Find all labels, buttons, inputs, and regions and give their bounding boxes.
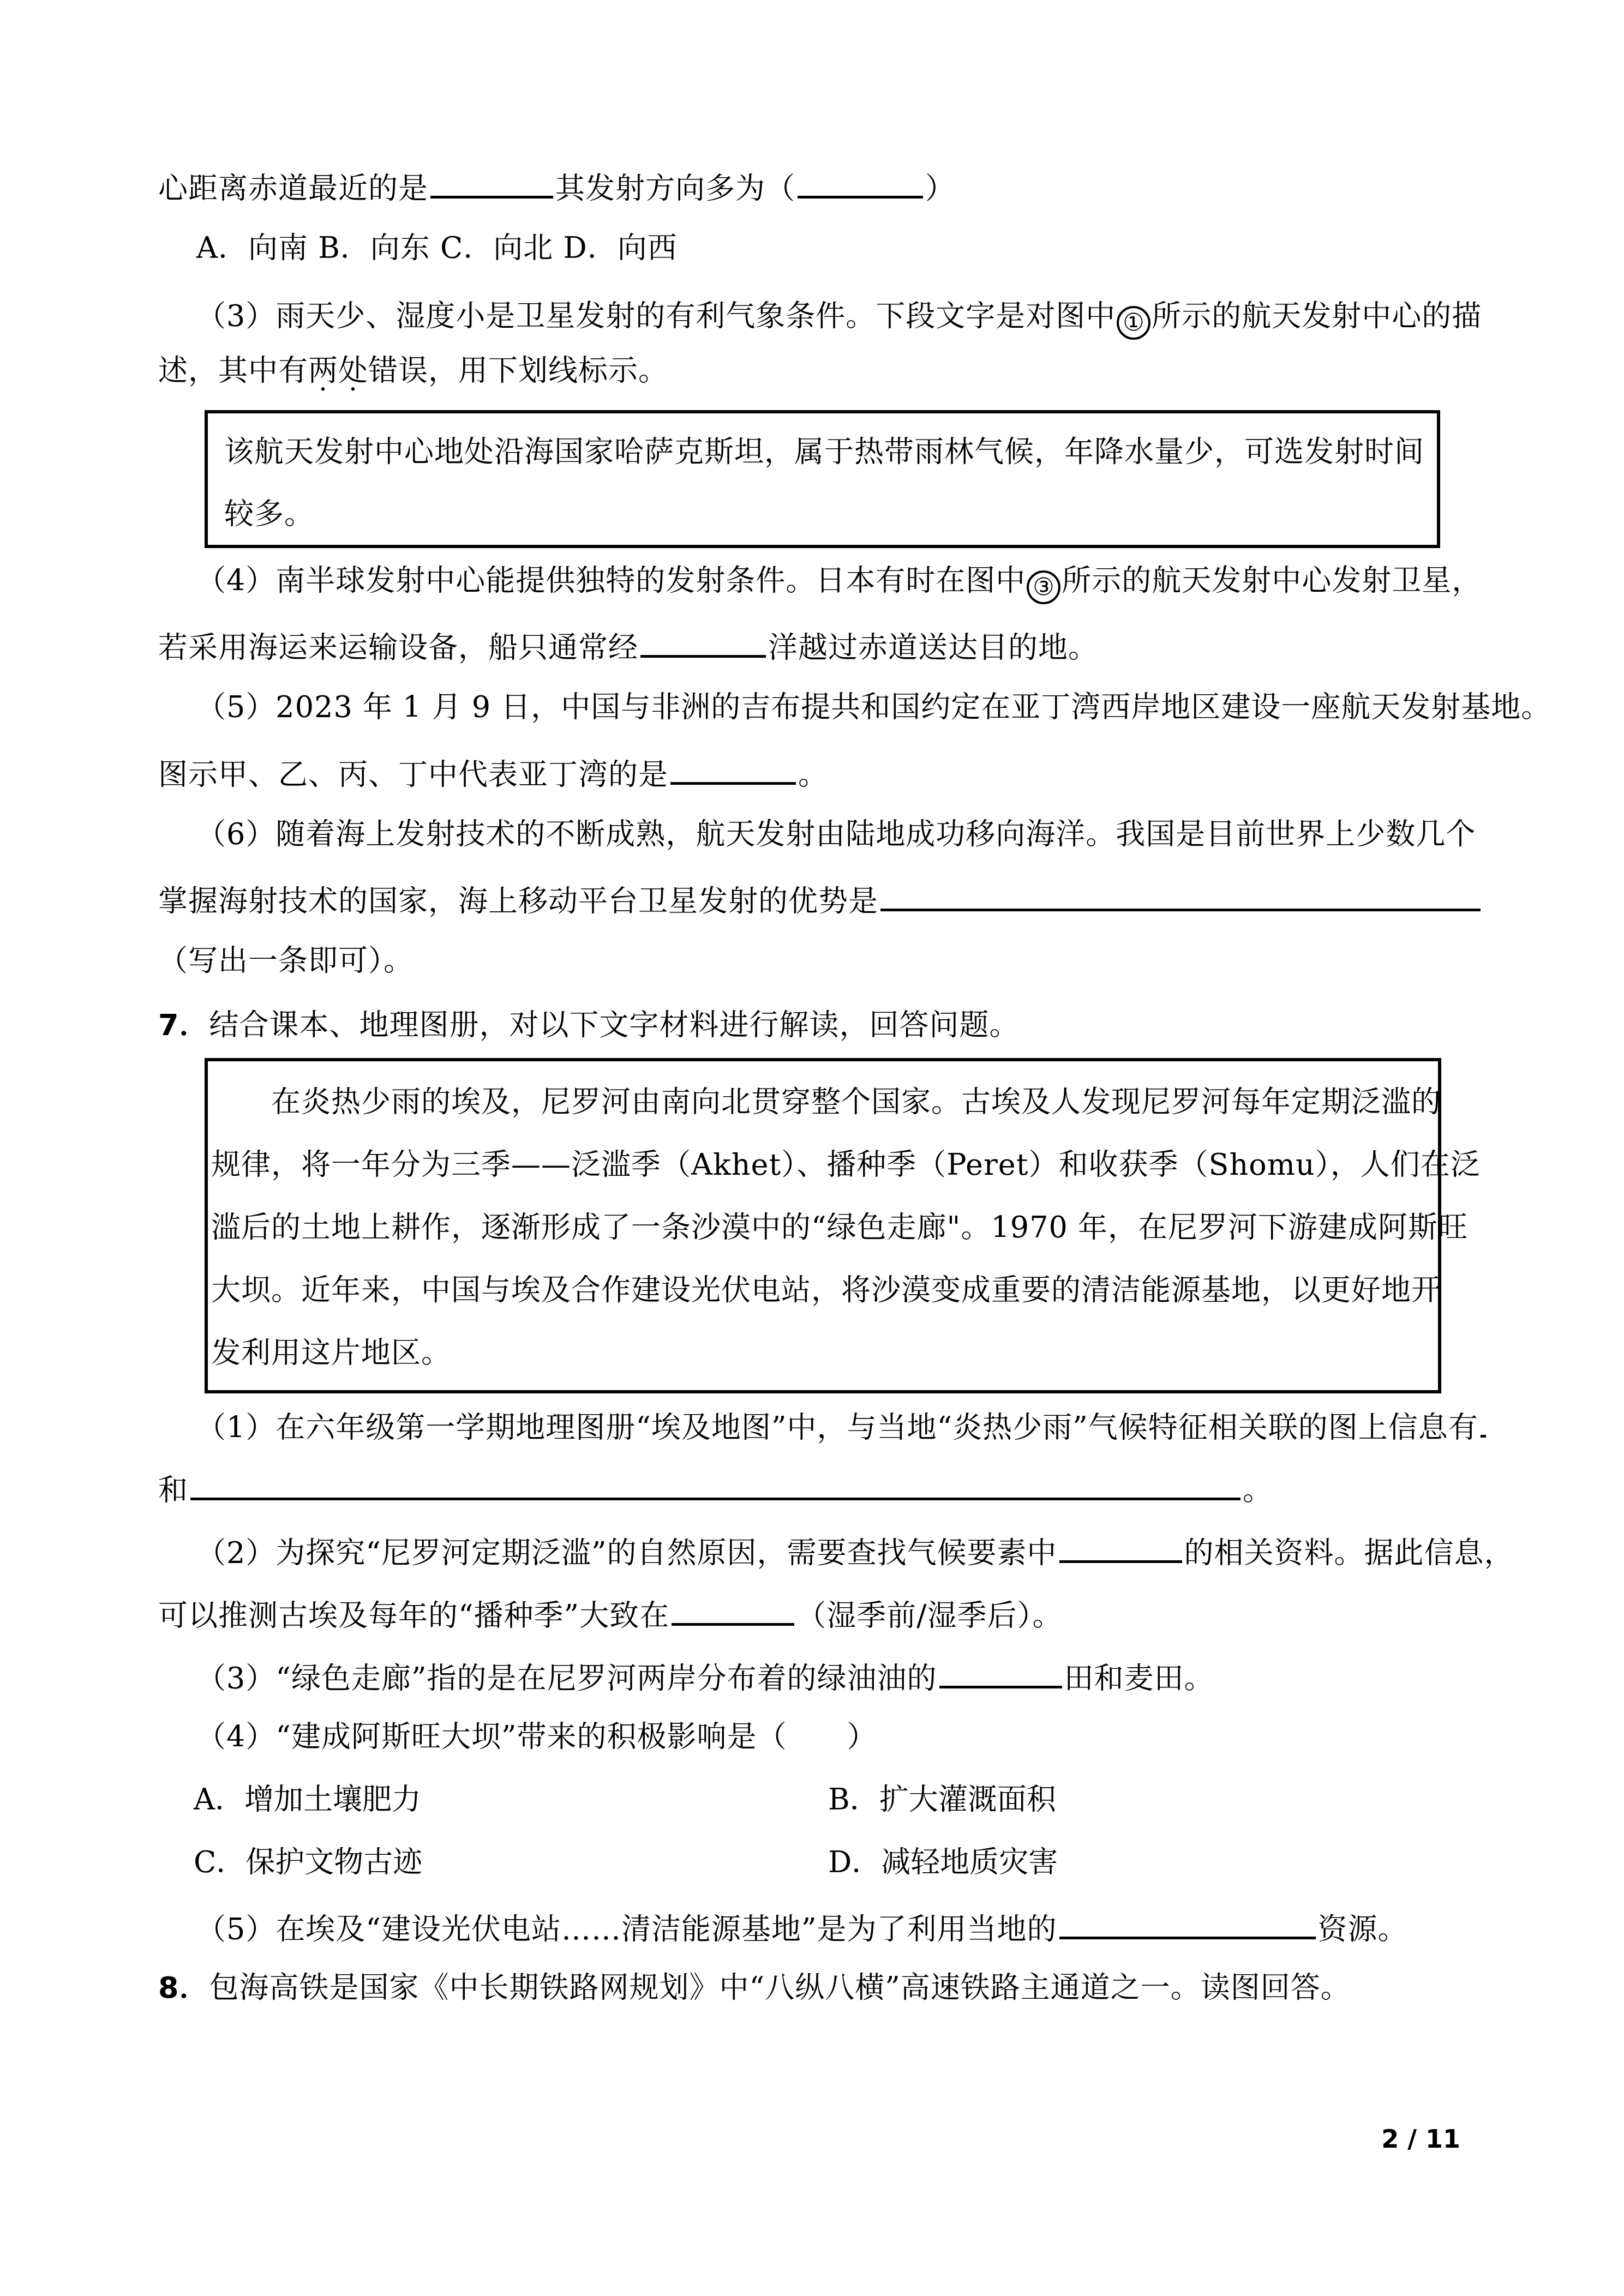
- box-text-line[interactable]: 该航天发射中心地处沿海国家哈萨克斯坦，属于热带雨林气候，年降水量少，可选发射时间: [224, 433, 1424, 471]
- text: 资源。: [1318, 1912, 1408, 1946]
- material-line: 大坝。近年来，中国与埃及合作建设光伏电站，将沙漠变成重要的清洁能源基地，以更好地…: [211, 1271, 1441, 1309]
- material-line: 在炎热少雨的埃及，尼罗河由南向北贯穿整个国家。古埃及人发现尼罗河每年定期泛滥的: [211, 1083, 1441, 1121]
- q7-option-c[interactable]: C．保护文物古迹: [194, 1843, 422, 1882]
- text: 。: [1243, 1473, 1273, 1507]
- answer-blank[interactable]: [1059, 1530, 1182, 1563]
- q6-line-launch-center: 心距离赤道最近的是其发射方向多为（）: [158, 165, 955, 208]
- q7-part3: （3）“绿色走廊”指的是在尼罗河两岸分布着的绿油油的田和麦田。: [196, 1655, 1214, 1698]
- text: 和: [158, 1473, 188, 1507]
- text: 洋越过赤道送达目的地。: [768, 630, 1098, 665]
- text: 掌握海射技术的国家，海上移动平台卫星发射的优势是: [158, 884, 878, 918]
- q7-option-b[interactable]: B．扩大灌溉面积: [828, 1781, 1056, 1819]
- material-line: 滥后的土地上耕作，逐渐形成了一条沙漠中的“绿色走廊"。1970 年，在尼罗河下游…: [211, 1209, 1468, 1247]
- q7-part1-line1: （1）在六年级第一学期地理图册“埃及地图”中，与当地“炎热少雨”气候特征相关联的…: [196, 1404, 1488, 1447]
- q7-stem: 7．结合课本、地理图册，对以下文字材料进行解读，回答问题。: [158, 1006, 1020, 1044]
- text: （2）为探究“尼罗河定期泛滥”的自然原因，需要查找气候要素中: [196, 1536, 1057, 1570]
- material-line: 规律，将一年分为三季——泛滥季（Akhet）、播种季（Peret）和收获季（Sh…: [211, 1146, 1481, 1184]
- text: 田和麦田。: [1064, 1661, 1214, 1696]
- question-number: 7．: [158, 1008, 209, 1042]
- question-stem: 结合课本、地理图册，对以下文字材料进行解读，回答问题。: [209, 1008, 1020, 1042]
- text: 述，其中有: [158, 353, 308, 388]
- material-line: 发利用这片地区。: [211, 1334, 451, 1372]
- text: 图示甲、乙、丙、丁中代表亚丁湾的是: [158, 758, 668, 792]
- answer-blank[interactable]: [640, 624, 766, 658]
- q6-part5-line1: （5）2023 年 1 月 9 日，中国与非洲的吉布提共和国约定在亚丁湾西岸地区…: [196, 688, 1551, 726]
- text: 错误，用下划线标示。: [368, 353, 668, 388]
- q6-part3-line2: 述，其中有两处错误，用下划线标示。: [158, 352, 668, 390]
- q6-part6-line1: （6）随着海上发射技术的不断成熟，航天发射由陆地成功移向海洋。我国是目前世界上少…: [196, 815, 1476, 854]
- question-stem: 包海高铁是国家《中长期铁路网规划》中“八纵八横”高速铁路主通道之一。读图回答。: [209, 1970, 1351, 2005]
- q8-stem: 8．包海高铁是国家《中长期铁路网规划》中“八纵八横”高速铁路主通道之一。读图回答…: [158, 1969, 1351, 2007]
- q6-part4-line1: （4）南半球发射中心能提供独特的发射条件。日本有时在图中③所示的航天发射中心发射…: [196, 562, 1482, 604]
- circled-number-3-icon: ③: [1027, 570, 1060, 604]
- answer-blank[interactable]: [670, 752, 796, 785]
- text: 其发射方向多为（: [555, 171, 795, 206]
- q6-part4-line2: 若采用海运来运输设备，船只通常经洋越过赤道送达目的地。: [158, 624, 1098, 667]
- text: 心距离赤道最近的是: [158, 171, 428, 206]
- q7-part2-line2: 可以推测古埃及每年的“播种季”大致在（湿季前/湿季后）。: [158, 1592, 1062, 1635]
- text: 所示的航天发射中心的描: [1152, 299, 1482, 333]
- answer-blank[interactable]: [190, 1467, 1241, 1500]
- box-text-line[interactable]: 较多。: [224, 495, 314, 533]
- text: （5）在埃及“建设光伏电站……清洁能源基地”是为了利用当地的: [196, 1912, 1057, 1946]
- q7-part4-stem: （4）“建成阿斯旺大坝”带来的积极影响是（ ）: [196, 1718, 877, 1756]
- text: 。: [798, 758, 828, 792]
- text: （4）南半球发射中心能提供独特的发射条件。日本有时在图中: [196, 563, 1026, 598]
- answer-blank[interactable]: [1059, 1906, 1316, 1939]
- answer-blank[interactable]: [798, 165, 923, 199]
- text: 所示的航天发射中心发射卫星，: [1062, 563, 1482, 598]
- answer-blank[interactable]: [880, 878, 1481, 911]
- answer-blank[interactable]: [672, 1592, 794, 1626]
- q6-options-direction: A．向南 B．向东 C．向北 D．向西: [196, 229, 678, 267]
- text: 若采用海运来运输设备，船只通常经: [158, 630, 638, 665]
- text: （3）雨天少、湿度小是卫星发射的有利气象条件。下段文字是对图中: [196, 299, 1116, 333]
- q7-option-d[interactable]: D．减轻地质灾害: [828, 1843, 1058, 1882]
- emphasis-dot-char: 处: [338, 353, 368, 388]
- circled-number-1-icon: ①: [1117, 306, 1150, 340]
- q7-part5: （5）在埃及“建设光伏电站……清洁能源基地”是为了利用当地的资源。: [196, 1906, 1408, 1949]
- q6-description-box: 该航天发射中心地处沿海国家哈萨克斯坦，属于热带雨林气候，年降水量少，可选发射时间…: [205, 410, 1440, 548]
- question-number: 8．: [158, 1970, 209, 2005]
- q6-part6-line3: （写出一条即可）。: [158, 942, 414, 980]
- q7-option-a[interactable]: A．增加土壤肥力: [194, 1781, 421, 1819]
- text: ）: [925, 171, 955, 206]
- text: （3）“绿色走廊”指的是在尼罗河两岸分布着的绿油油的: [196, 1661, 937, 1696]
- q7-material-box: 在炎热少雨的埃及，尼罗河由南向北贯穿整个国家。古埃及人发现尼罗河每年定期泛滥的 …: [205, 1058, 1441, 1393]
- q7-part2-line1: （2）为探究“尼罗河定期泛滥”的自然原因，需要查找气候要素中的相关资料。据此信息…: [196, 1530, 1514, 1572]
- text: 可以推测古埃及每年的“播种季”大致在: [158, 1598, 669, 1633]
- q6-part5-line2: 图示甲、乙、丙、丁中代表亚丁湾的是。: [158, 752, 828, 794]
- q6-part6-line2: 掌握海射技术的国家，海上移动平台卫星发射的优势是: [158, 878, 1483, 921]
- q7-part1-line2: 和。: [158, 1467, 1273, 1510]
- answer-blank[interactable]: [939, 1655, 1062, 1688]
- text: （湿季前/湿季后）。: [796, 1598, 1062, 1633]
- answer-blank[interactable]: [1481, 1404, 1486, 1438]
- text: （1）在六年级第一学期地理图册“埃及地图”中，与当地“炎热少雨”气候特征相关联的…: [196, 1410, 1478, 1445]
- page-number: 2 / 11: [1381, 2124, 1460, 2154]
- q6-part3-line1: （3）雨天少、湿度小是卫星发射的有利气象条件。下段文字是对图中①所示的航天发射中…: [196, 297, 1482, 340]
- answer-blank[interactable]: [430, 165, 553, 199]
- emphasis-dot-char: 两: [308, 353, 338, 388]
- text: 的相关资料。据此信息，: [1184, 1536, 1514, 1570]
- exam-page: 心距离赤道最近的是其发射方向多为（） A．向南 B．向东 C．向北 D．向西 （…: [0, 0, 1624, 2296]
